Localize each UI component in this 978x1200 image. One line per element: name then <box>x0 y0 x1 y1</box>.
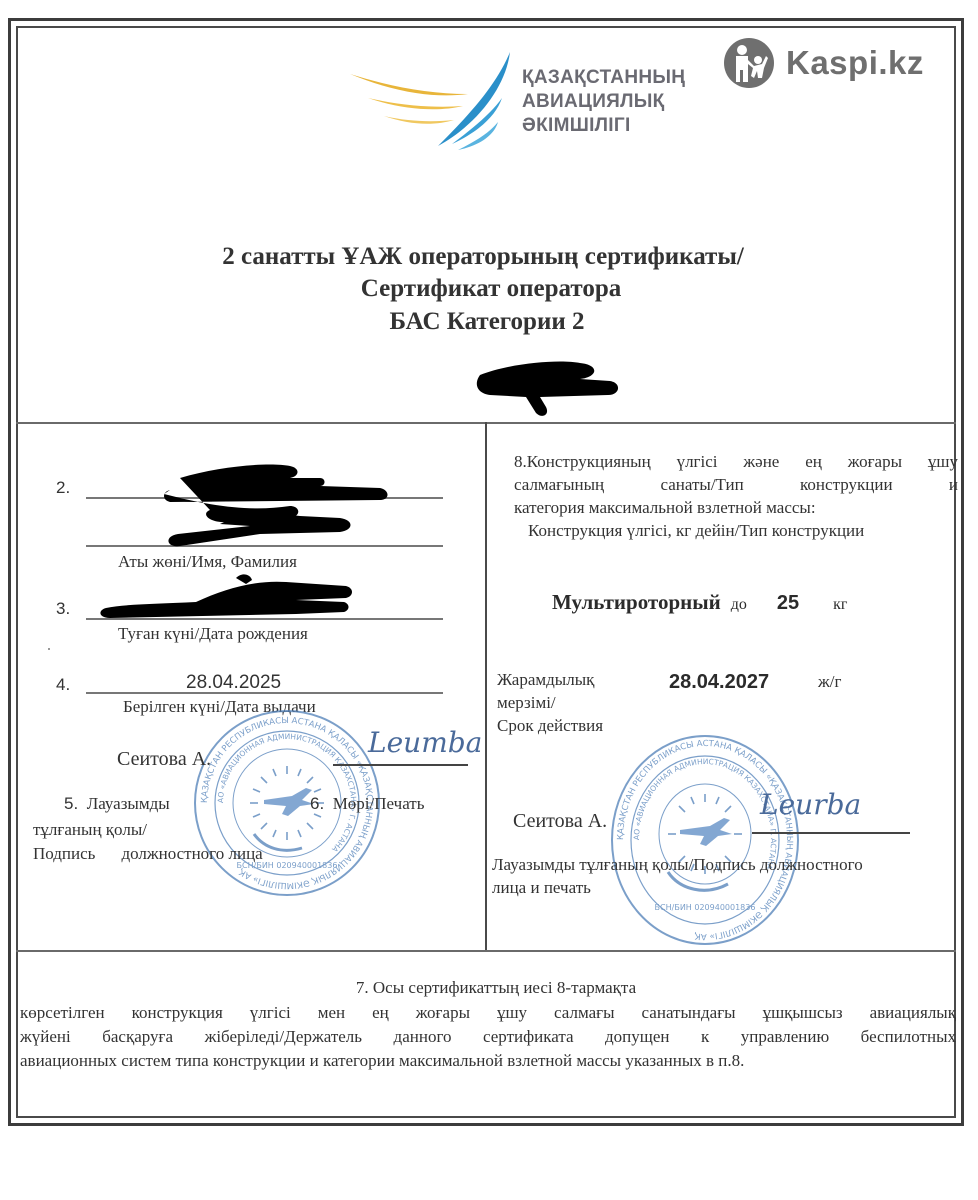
kaspi-text: Kaspi.kz <box>786 44 924 82</box>
signature-line-left <box>333 764 468 766</box>
field-5-label-text: Лауазымды <box>87 794 170 813</box>
field-3-number: 3. <box>56 599 70 619</box>
field-4-number: 4. <box>56 675 70 695</box>
validity-suffix: ж/г <box>818 670 841 693</box>
signature-caption-line: Лауазымды тұлғаның қолы/Подпись должност… <box>492 853 863 876</box>
field-5-label: 5. Лауазымды <box>64 792 170 815</box>
org-name: ҚАЗАҚСТАННЫҢ АВИАЦИЯЛЫҚ ӘКІМШІЛІГІ <box>522 66 685 138</box>
field-4-line <box>86 692 443 694</box>
field-3-caption: Туған күні/Дата рождения <box>118 624 308 644</box>
wing-logo-icon <box>348 46 518 156</box>
section-7-heading: 7. Осы сертификаттың иесі 8-тармақта <box>20 976 964 999</box>
section-7-line: көрсетілген конструкция үлгісі мен ең жо… <box>20 1001 956 1024</box>
field-5-label-line2: тұлғаның қолы/ <box>33 818 147 841</box>
field-5-label-text: должностного лица <box>121 844 262 863</box>
up-to-label: до <box>731 596 747 614</box>
svg-text:БСН/БИН 020940001836: БСН/БИН 020940001836 <box>655 903 756 912</box>
speck <box>48 648 50 650</box>
org-name-line: АВИАЦИЯЛЫҚ <box>522 90 685 114</box>
field-6-label-text: Мөрі/Печать <box>333 794 425 813</box>
redacted-name <box>140 460 400 556</box>
field-5-number: 5. <box>64 794 78 813</box>
signature-caption-line: лица и печать <box>492 876 863 899</box>
issue-date-value: 28.04.2025 <box>186 672 281 694</box>
aircraft-type-row: Мультироторный до 25 кг <box>552 590 847 615</box>
field-8-word: санаты/Тип <box>660 473 743 496</box>
field-2-caption: Аты жөні/Имя, Фамилия <box>118 552 297 572</box>
org-name-line: ҚАЗАҚСТАННЫҢ <box>522 66 685 90</box>
field-6-label: 6. Мөрі/Печать <box>310 792 425 815</box>
official-name-left: Сеитова А. <box>117 748 211 771</box>
kaspi-logo-icon <box>724 38 774 88</box>
validity-label-line: мерзімі/ <box>497 691 603 714</box>
kaspi-watermark: Kaspi.kz <box>724 38 924 88</box>
aircraft-type: Мультироторный <box>552 590 721 615</box>
title-line-2: Сертификат оператора <box>2 272 978 305</box>
org-name-line: ӘКІМШІЛІГІ <box>522 114 685 138</box>
field-5-label-line3: Подписьдолжностного лица <box>33 842 263 865</box>
validity-label-line: Жарамдылық <box>497 668 603 691</box>
redacted-certificate-number <box>470 355 630 421</box>
field-8-line: Конструкция үлгісі, кг дейін/Тип констру… <box>514 519 958 542</box>
signature-right: Lеиrbа <box>760 788 861 821</box>
signature-caption-right: Лауазымды тұлғаның қолы/Подпись должност… <box>492 853 863 899</box>
org-logo <box>348 46 518 161</box>
field-8-word: салмағының <box>514 473 604 496</box>
field-2-number: 2. <box>56 478 70 498</box>
field-5-label-text: Подпись <box>33 844 95 863</box>
field-8-line: салмағының санаты/Тип конструкции и <box>514 473 958 496</box>
mass-unit: кг <box>833 596 847 614</box>
validity-label-line: Срок действия <box>497 714 603 737</box>
validity-label: Жарамдылық мерзімі/ Срок действия <box>497 668 603 737</box>
field-8-line: категория максимальной взлетной массы: <box>514 496 958 519</box>
field-8-word: и <box>949 473 958 496</box>
official-stamp-right: ҚАЗАҚСТАН РЕСПУБЛИКАСЫ АСТАНА ҚАЛАСЫ «ҚА… <box>610 734 800 946</box>
max-mass-value: 25 <box>777 592 799 615</box>
field-8-heading: 8.Конструкцияның үлгісі және ең жоғары ұ… <box>514 450 958 542</box>
validity-value: 28.04.2027 <box>669 671 769 694</box>
field-6-number: 6. <box>310 794 324 813</box>
field-8-word: конструкции <box>800 473 893 496</box>
title-line-1: 2 санатты ҰАЖ операторының сертификаты/ <box>0 240 972 273</box>
redacted-birth-date <box>96 572 356 622</box>
section-7-line: авиационных систем типа конструкции и ка… <box>20 1049 956 1072</box>
official-name-right: Сеитова А. <box>513 810 607 833</box>
section-7-line: жүйені басқаруға жіберіледі/Держатель да… <box>20 1025 956 1048</box>
column-divider <box>485 422 487 952</box>
title-line-3: БАС Категории 2 <box>0 305 976 338</box>
field-8-line: 8.Конструкцияның үлгісі және ең жоғары ұ… <box>514 450 958 473</box>
signature-left: Lеиmbа <box>368 726 482 759</box>
divider <box>16 950 956 952</box>
signature-line-right <box>752 832 910 834</box>
